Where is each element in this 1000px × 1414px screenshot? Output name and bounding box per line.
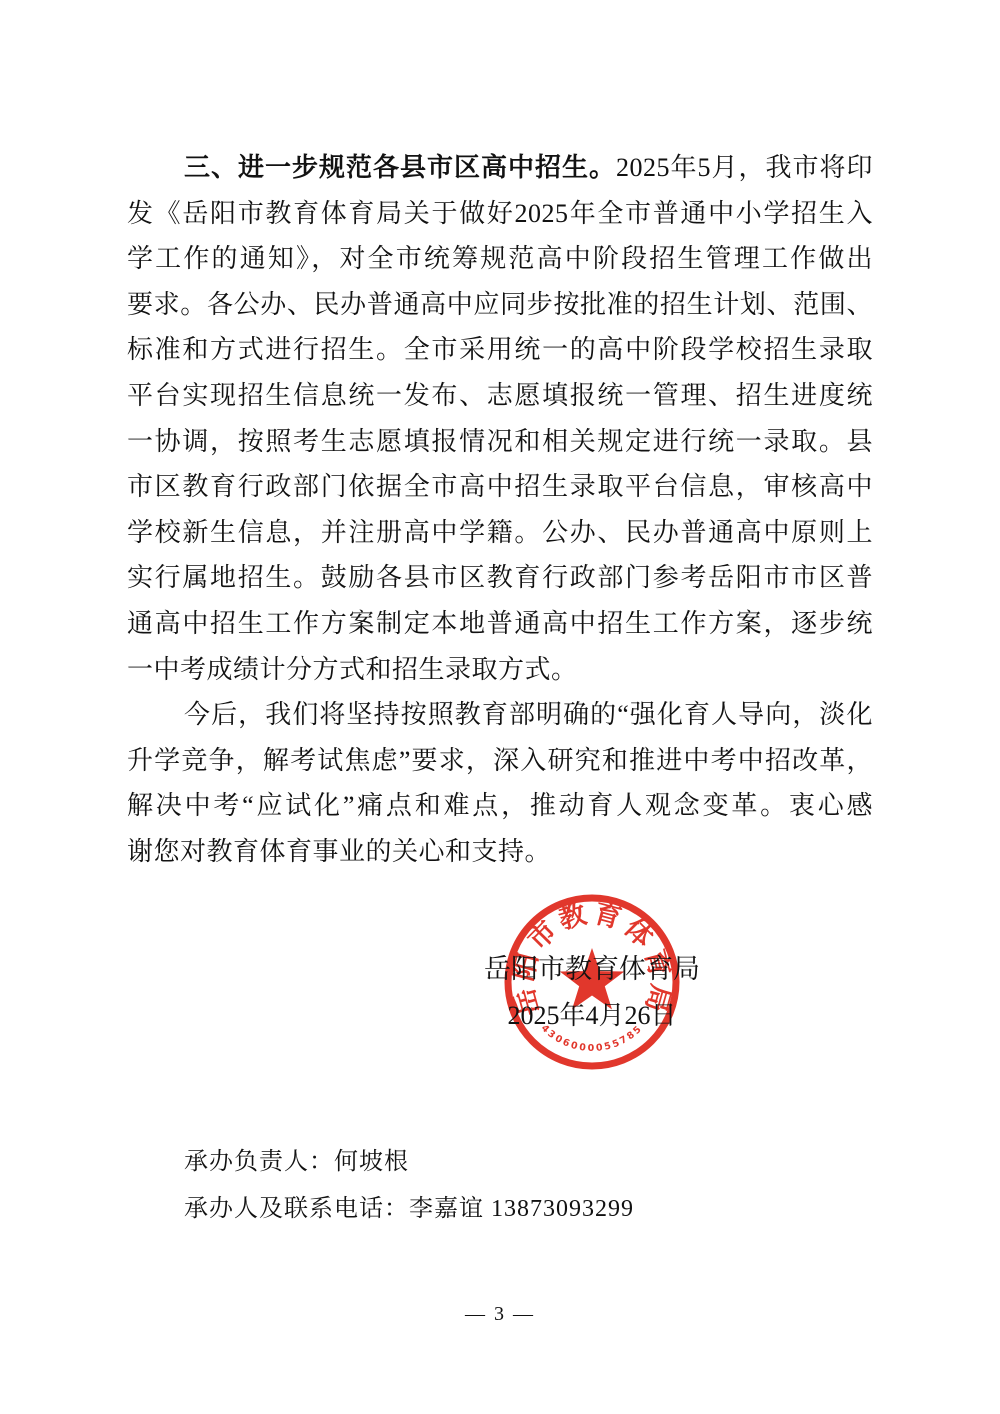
heading-line: 三、进一步规范各县市区高中招生。2025年5月，我市将印 bbox=[127, 145, 873, 191]
document-page: 三、进一步规范各县市区高中招生。2025年5月，我市将印 发《岳阳市教育体育局关… bbox=[0, 0, 1000, 1414]
paragraph-2: 今后，我们将坚持按照教育部明确的“强化育人导向，淡化升学竞争，解考试焦虑”要求，… bbox=[127, 692, 873, 874]
body-line: 发《岳阳市教育体育局关于做好2025年全市普通中小学招生入 bbox=[127, 191, 873, 237]
body-line: 实行属地招生。鼓励各县市区教育行政部门参考岳阳市市区普 bbox=[127, 555, 873, 601]
body-line: 学工作的通知》，对全市统筹规范高中阶段招生管理工作做出 bbox=[127, 236, 873, 282]
contact-phone-line: 承办人及联系电话：李嘉谊 13873093299 bbox=[184, 1186, 634, 1233]
signature-block: 岳阳市教育体育局 2025年4月26日 bbox=[392, 952, 792, 1033]
body-line: 今后，我们将坚持按照教育部明确的“强化育人导向，淡化 bbox=[127, 692, 873, 738]
signature-agency: 岳阳市教育体育局 bbox=[392, 952, 792, 986]
body-line: 要求。各公办、民办普通高中应同步按批准的招生计划、范围、 bbox=[127, 282, 873, 328]
signature-date: 2025年4月26日 bbox=[392, 999, 792, 1033]
body-line: 通高中招生工作方案制定本地普通高中招生工作方案，逐步统 bbox=[127, 601, 873, 647]
contact-block: 承办负责人：何坡根 承办人及联系电话：李嘉谊 13873093299 bbox=[184, 1139, 634, 1233]
body-line: 市区教育行政部门依据全市高中招生录取平台信息，审核高中 bbox=[127, 464, 873, 510]
page-number: — 3 — bbox=[0, 1303, 1000, 1326]
contact-manager-line: 承办负责人：何坡根 bbox=[184, 1139, 634, 1186]
heading-rest-text: 2025年5月，我市将印 bbox=[616, 153, 873, 182]
body-line: 解决中考“应试化”痛点和难点，推动育人观念变革。衷心感 bbox=[127, 783, 873, 829]
body-text: 三、进一步规范各县市区高中招生。2025年5月，我市将印 发《岳阳市教育体育局关… bbox=[127, 145, 873, 875]
body-line: 平台实现招生信息统一发布、志愿填报统一管理、招生进度统 bbox=[127, 373, 873, 419]
body-line: 标准和方式进行招生。全市采用统一的高中阶段学校招生录取 bbox=[127, 327, 873, 373]
paragraph-1: 发《岳阳市教育体育局关于做好2025年全市普通中小学招生入学工作的通知》，对全市… bbox=[127, 191, 873, 693]
section-heading: 三、进一步规范各县市区高中招生。 bbox=[184, 153, 616, 182]
body-line: 谢您对教育体育事业的关心和支持。 bbox=[127, 829, 873, 875]
body-line: 升学竞争，解考试焦虑”要求，深入研究和推进中考中招改革， bbox=[127, 738, 873, 784]
body-line: 一协调，按照考生志愿填报情况和相关规定进行统一录取。县 bbox=[127, 419, 873, 465]
body-line: 学校新生信息，并注册高中学籍。公办、民办普通高中原则上 bbox=[127, 510, 873, 556]
body-line: 一中考成绩计分方式和招生录取方式。 bbox=[127, 647, 873, 693]
